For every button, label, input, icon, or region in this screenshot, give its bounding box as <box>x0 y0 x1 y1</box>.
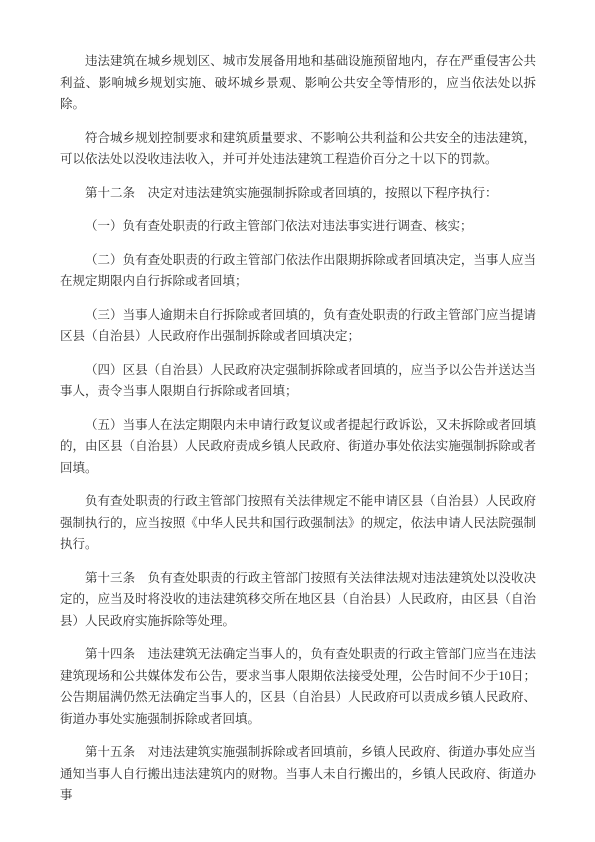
list-item-paragraph: （二）负有查处职责的行政主管部门依法作出限期拆除或者回填决定，当事人应当在规定期… <box>60 250 536 293</box>
document-page: 违法建筑在城乡规划区、城市发展备用地和基础设施预留地内，存在严重侵害公共利益、影… <box>0 0 595 842</box>
article-14-paragraph: 第十四条 违法建筑无法确定当事人的，负有查处职责的行政主管部门应当在违法建筑现场… <box>60 644 536 730</box>
paragraph: 符合城乡规划控制要求和建筑质量要求、不影响公共利益和公共安全的违法建筑，可以依法… <box>60 128 536 171</box>
list-item-paragraph: （一）负有查处职责的行政主管部门依法对违法事实进行调查、核实； <box>60 216 536 238</box>
article-12-paragraph: 第十二条 决定对违法建筑实施强制拆除或者回填的，按照以下程序执行： <box>60 183 536 205</box>
article-15-paragraph: 第十五条 对违法建筑实施强制拆除或者回填前，乡镇人民政府、街道办事处应当通知当事… <box>60 742 536 807</box>
article-13-paragraph: 第十三条 负有查处职责的行政主管部门按照有关法律法规对违法建筑处以没收决定的，应… <box>60 568 536 633</box>
paragraph: 违法建筑在城乡规划区、城市发展备用地和基础设施预留地内，存在严重侵害公共利益、影… <box>60 51 536 116</box>
list-item-paragraph: （五）当事人在法定期限内未申请行政复议或者提起行政诉讼，又未拆除或者回填的，由区… <box>60 415 536 480</box>
paragraph: 负有查处职责的行政主管部门按照有关法律规定不能申请区县（自治县）人民政府强制执行… <box>60 491 536 556</box>
list-item-paragraph: （四）区县（自治县）人民政府决定强制拆除或者回填的，应当予以公告并送达当事人，责… <box>60 360 536 403</box>
list-item-paragraph: （三）当事人逾期未自行拆除或者回填的，负有查处职责的行政主管部门应当提请区县（自… <box>60 305 536 348</box>
